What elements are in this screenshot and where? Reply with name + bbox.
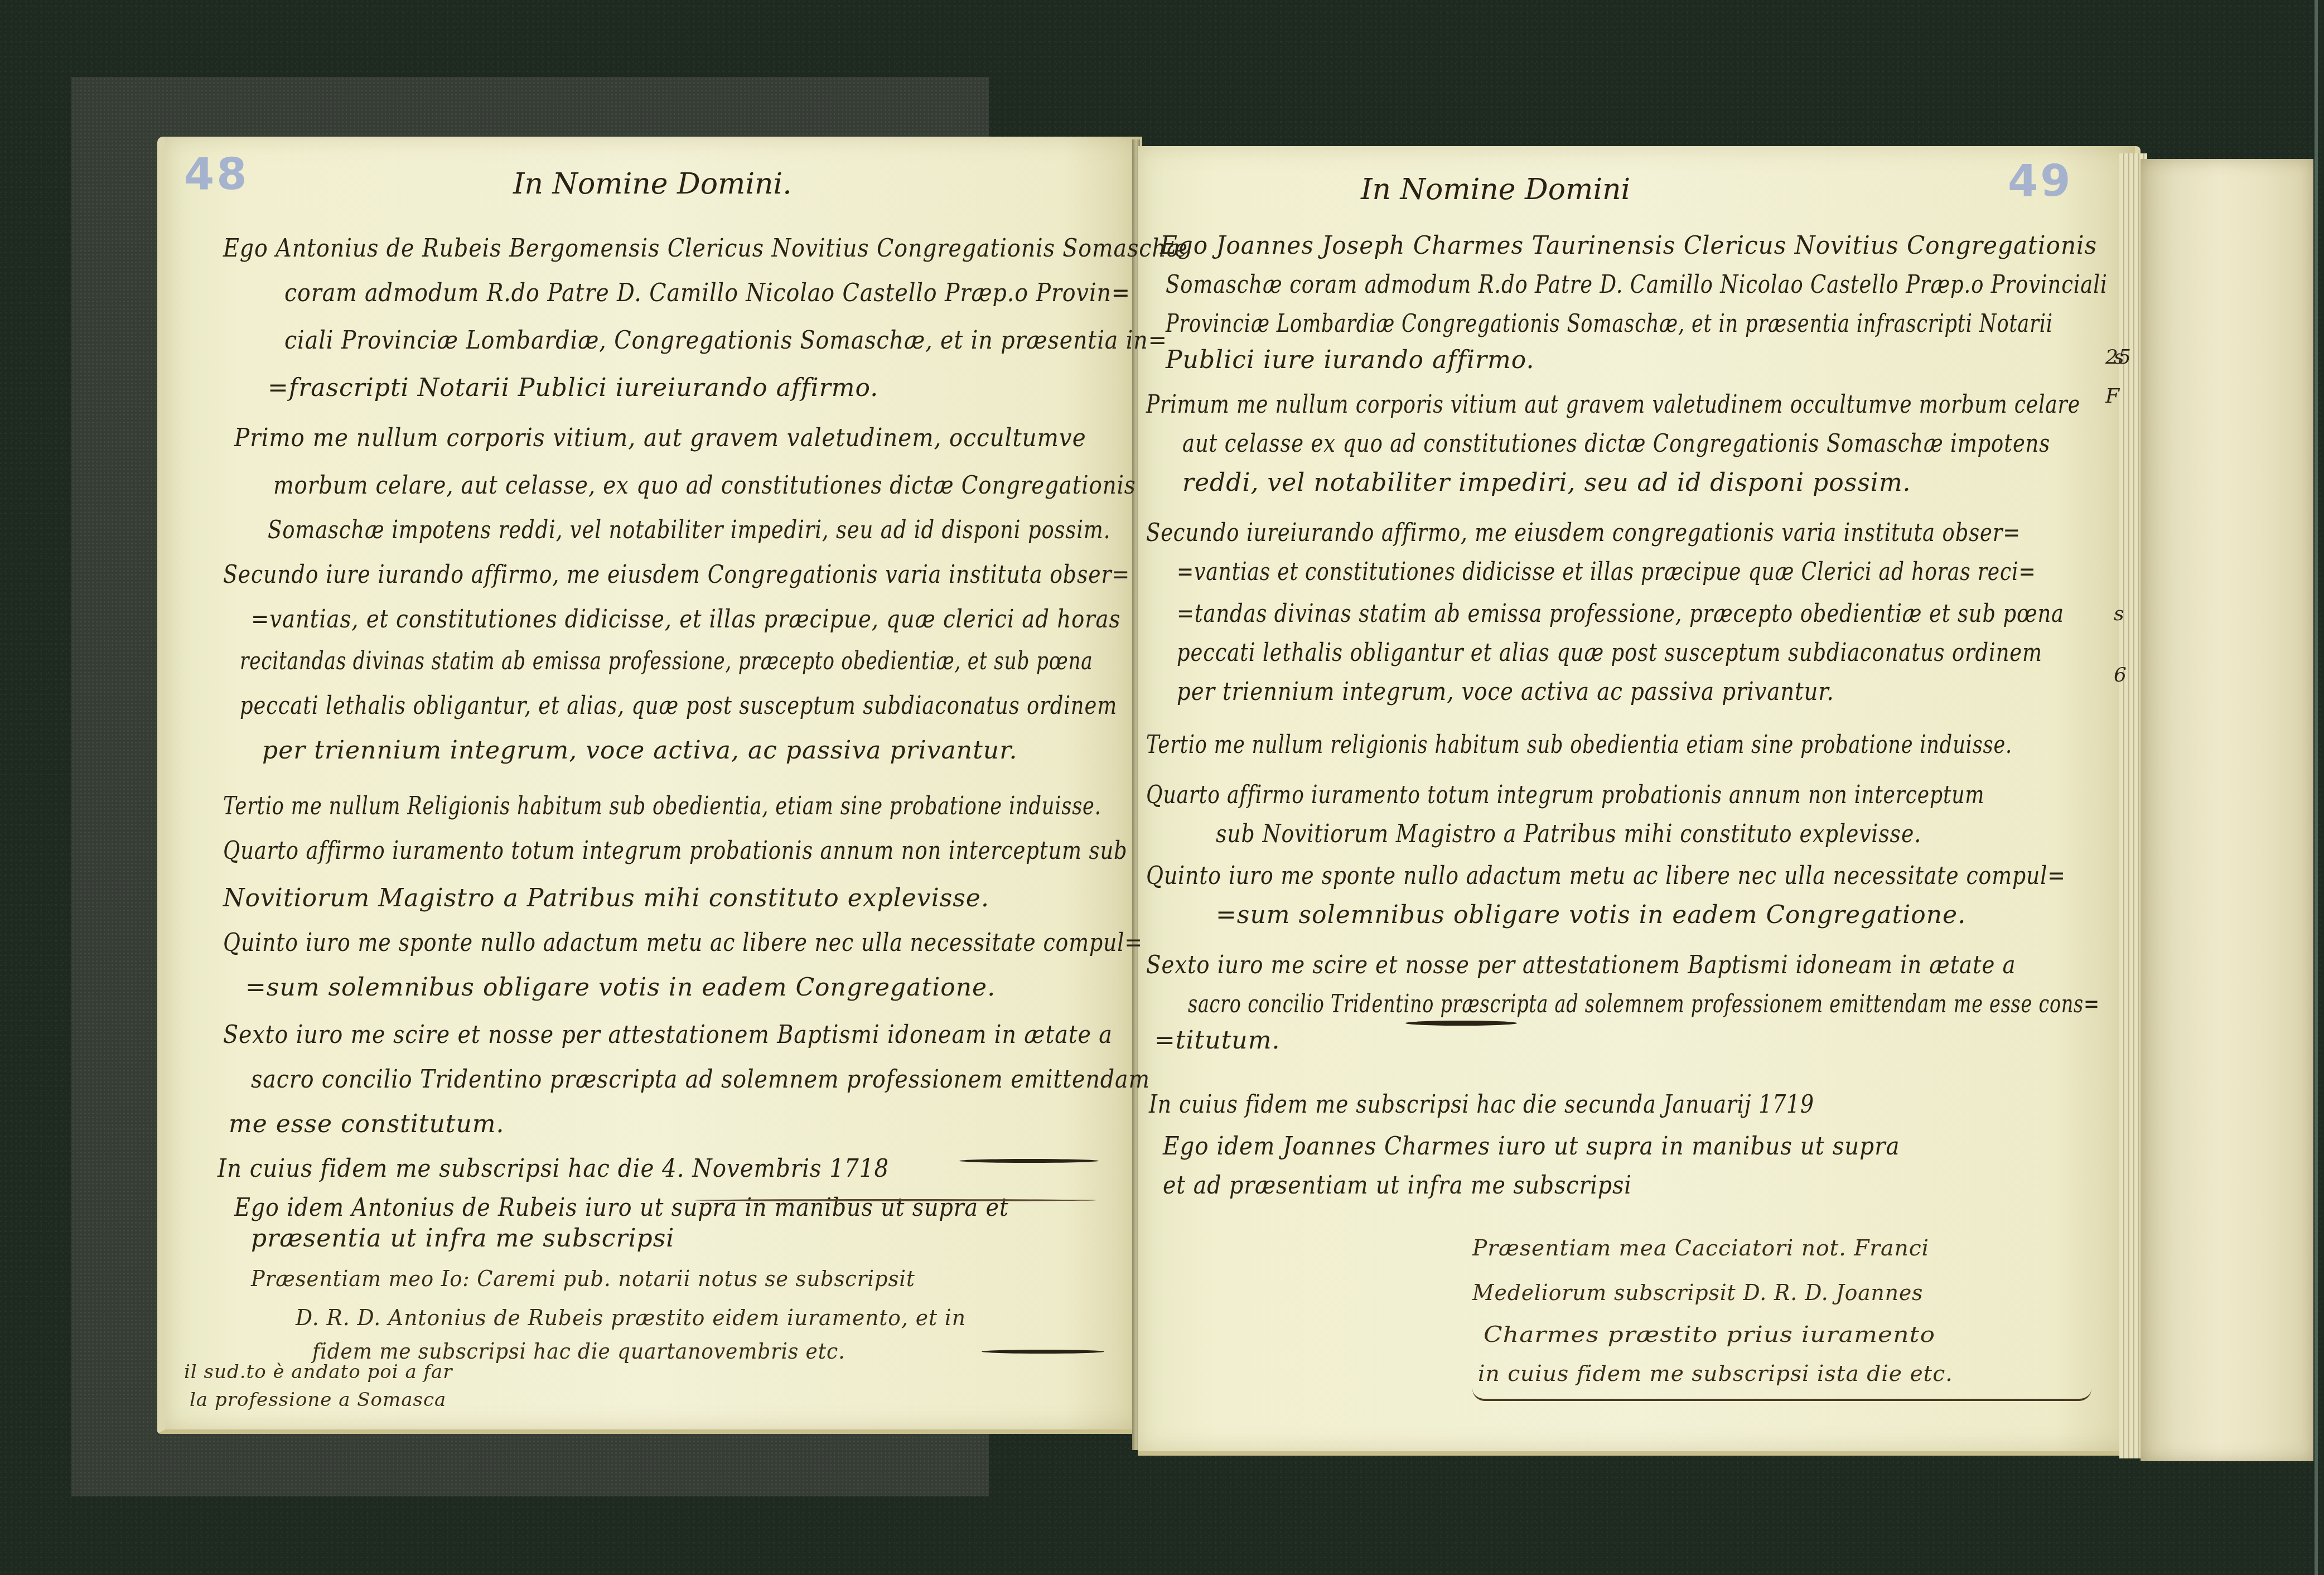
right-notary-line: Medeliorum subscripsit D. R. D. Joannes bbox=[1472, 1280, 1923, 1306]
right-line: Publici iure iurando affirmo. bbox=[1166, 346, 1534, 374]
right-line: Tertio me nullum religionis habitum sub … bbox=[1146, 731, 2012, 759]
right-line: =tandas divinas statim ab emissa profess… bbox=[1177, 600, 2064, 628]
right-line: Ego Joannes Joseph Charmes Taurinensis C… bbox=[1160, 231, 2097, 260]
left-line: peccati lethalis obligantur, et alias, q… bbox=[240, 692, 1117, 720]
left-line: Somaschæ impotens reddi, vel notabiliter… bbox=[268, 516, 1110, 544]
left-line: Sexto iuro me scire et nosse per attesta… bbox=[223, 1021, 1113, 1049]
right-line: Quinto iuro me sponte nullo adactum metu… bbox=[1146, 862, 2066, 890]
ink-flourish bbox=[959, 1159, 1099, 1163]
right-signature-line: Ego idem Joannes Charmes iuro ut supra i… bbox=[1163, 1132, 1900, 1161]
glass-plate-edge bbox=[2315, 0, 2318, 1575]
right-line: Primum me nullum corporis vitium aut gra… bbox=[1146, 390, 2080, 419]
left-heading: In Nomine Domini. bbox=[513, 167, 792, 201]
right-line: =vantias et constitutiones didicisse et … bbox=[1177, 558, 2036, 586]
right-notary-line: Præsentiam mea Cacciatori not. Franci bbox=[1472, 1235, 1929, 1261]
left-line: =sum solemnibus obligare votis in eadem … bbox=[245, 973, 996, 1002]
margin-mark: 6 bbox=[2114, 664, 2127, 687]
margin-mark: s bbox=[2114, 602, 2124, 625]
left-line: Ego Antonius de Rubeis Bergomensis Cleri… bbox=[223, 234, 1188, 263]
right-line: Somaschæ coram admodum R.do Patre D. Cam… bbox=[1166, 270, 2108, 299]
left-notary-line: D. R. D. Antonius de Rubeis præstito eid… bbox=[296, 1305, 966, 1331]
left-line: Quinto iuro me sponte nullo adactum metu… bbox=[223, 929, 1143, 957]
right-line: per triennium integrum, voce activa ac p… bbox=[1177, 678, 1834, 706]
left-signature-line: In cuius fidem me subscripsi hac die 4. … bbox=[218, 1154, 889, 1183]
right-heading: In Nomine Domini bbox=[1361, 173, 1630, 206]
right-line: reddi, vel notabiliter impediri, seu ad … bbox=[1182, 468, 1911, 497]
left-line: =frascripti Notarii Publici iureiurando … bbox=[268, 374, 878, 402]
right-line: peccati lethalis obligantur et alias quæ… bbox=[1177, 639, 2042, 667]
left-line: morbum celare, aut celasse, ex quo ad co… bbox=[273, 471, 1136, 500]
margin-mark: F bbox=[2105, 385, 2119, 408]
left-line: me esse constitutum. bbox=[229, 1110, 505, 1138]
ink-flourish bbox=[1405, 1021, 1517, 1026]
right-line: aut celasse ex quo ad constitutiones dic… bbox=[1182, 429, 2050, 458]
right-signature-line: In cuius fidem me subscripsi hac die sec… bbox=[1149, 1090, 1814, 1119]
binding-fold-out bbox=[2141, 159, 2313, 1461]
right-notary-line: Charmes præstito prius iuramento bbox=[1484, 1322, 1935, 1347]
left-line: Primo me nullum corporis vitium, aut gra… bbox=[234, 424, 1086, 452]
right-line: sacro concilio Tridentino præscripta ad … bbox=[1188, 990, 2100, 1018]
notary-signature-bracket bbox=[1472, 1389, 2091, 1401]
folio-number-right: 49 bbox=[2008, 156, 2073, 206]
left-line: =vantias, et constitutiones didicisse, e… bbox=[251, 605, 1120, 634]
right-line: Secundo iureiurando affirmo, me eiusdem … bbox=[1146, 519, 2021, 547]
ink-rule bbox=[694, 1199, 1096, 1201]
left-line: Novitiorum Magistro a Patribus mihi cons… bbox=[223, 884, 989, 912]
right-line: =sum solemnibus obligare votis in eadem … bbox=[1216, 901, 1966, 929]
right-line: Quarto affirmo iuramento totum integrum … bbox=[1146, 781, 1984, 809]
left-line: Secundo iure iurando affirmo, me eiusdem… bbox=[223, 561, 1130, 589]
left-signature-line: Ego idem Antonius de Rubeis iuro ut supr… bbox=[234, 1194, 1009, 1222]
right-line: Sexto iuro me scire et nosse per attesta… bbox=[1146, 951, 2016, 979]
left-line: ciali Provinciæ Lombardiæ, Congregationi… bbox=[284, 326, 1167, 355]
ink-flourish bbox=[982, 1350, 1104, 1354]
right-line: sub Novitiorum Magistro a Patribus mihi … bbox=[1216, 820, 1921, 848]
left-line: per triennium integrum, voce activa, ac … bbox=[262, 736, 1017, 765]
left-margin-note: il sud.to è andato poi a far bbox=[184, 1361, 453, 1383]
folio-number-left: 48 bbox=[184, 149, 249, 200]
left-line: coram admodum R.do Patre D. Camillo Nico… bbox=[284, 279, 1130, 307]
left-signature-line: præsentia ut infra me subscripsi bbox=[251, 1224, 674, 1253]
right-signature-line: et ad præsentiam ut infra me subscripsi bbox=[1163, 1171, 1632, 1200]
right-line: =titutum. bbox=[1154, 1026, 1280, 1055]
left-line: Quarto affirmo iuramento totum integrum … bbox=[223, 837, 1128, 865]
left-line: sacro concilio Tridentino præscripta ad … bbox=[251, 1065, 1150, 1094]
right-line: Provinciæ Lombardiæ Congregationis Somas… bbox=[1166, 310, 2053, 338]
left-notary-line: Præsentiam meo Io: Caremi pub. notarii n… bbox=[251, 1266, 915, 1292]
left-margin-note: la professione a Somasca bbox=[190, 1389, 446, 1411]
margin-mark: 25 bbox=[2105, 346, 2131, 369]
left-line: recitandas divinas statim ab emissa prof… bbox=[240, 647, 1093, 675]
left-line: Tertio me nullum Religionis habitum sub … bbox=[223, 792, 1101, 820]
right-notary-line: in cuius fidem me subscripsi ista die et… bbox=[1478, 1361, 1953, 1386]
